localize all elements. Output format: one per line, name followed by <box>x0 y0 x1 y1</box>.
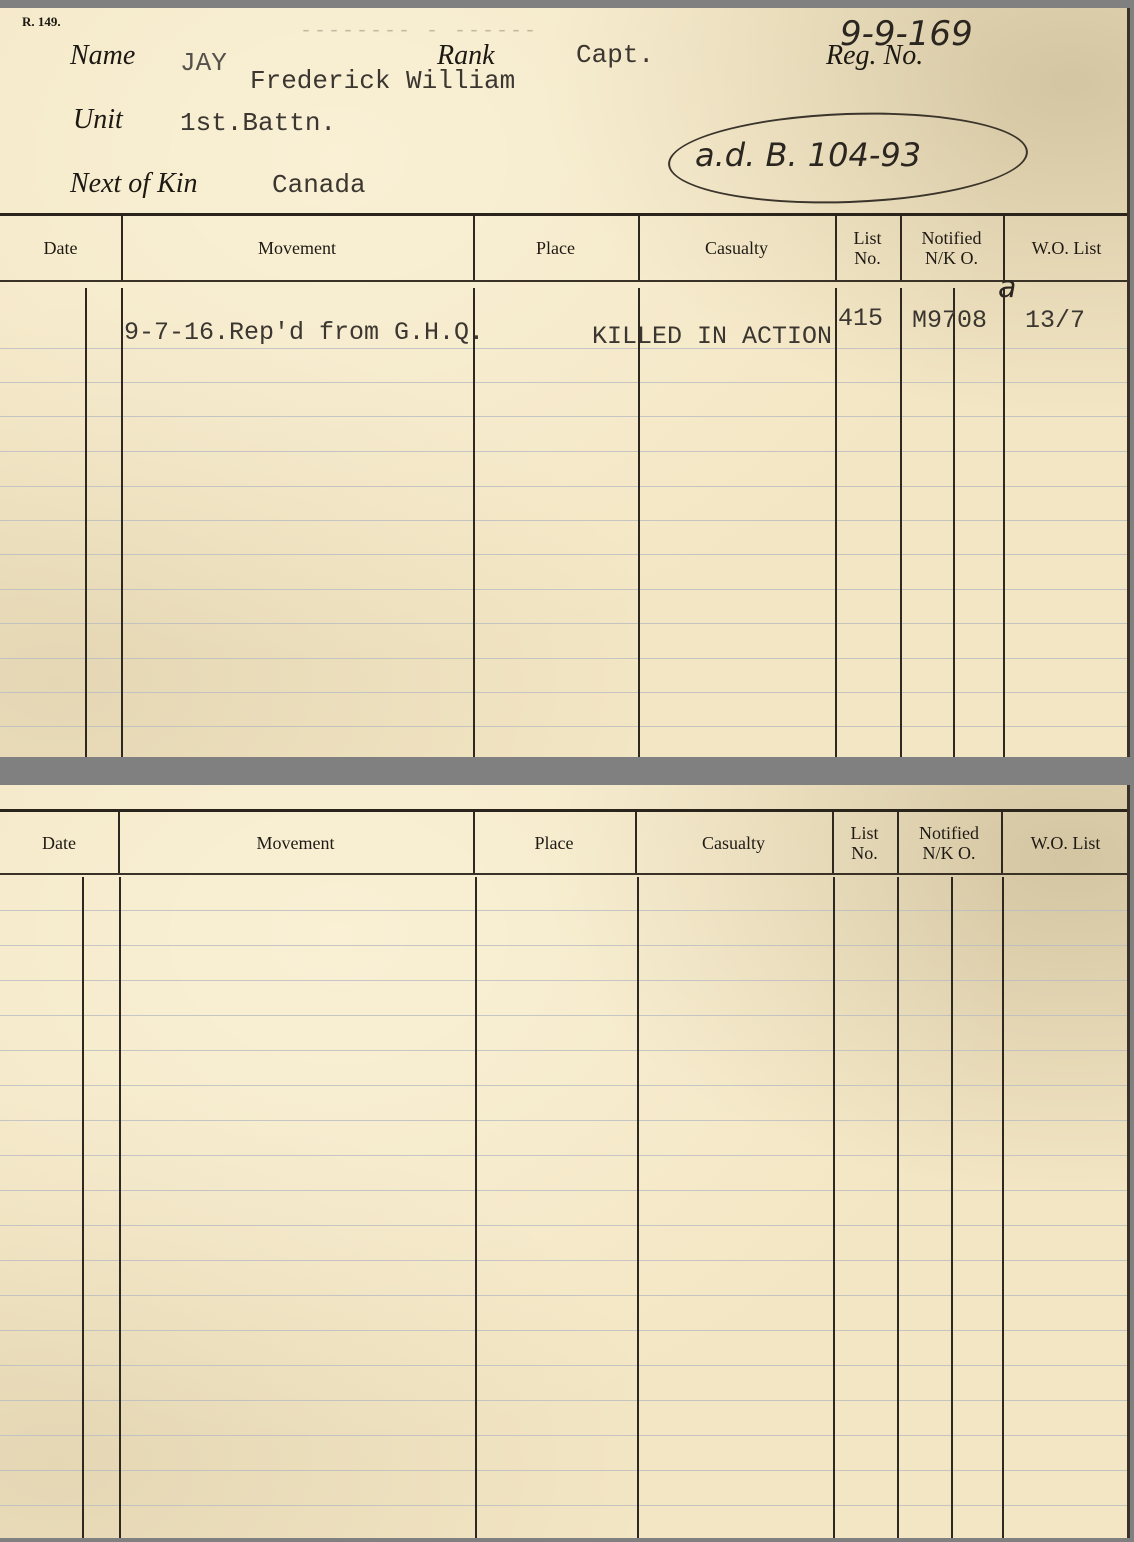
column-divider <box>473 288 475 757</box>
column-divider <box>1002 877 1004 1538</box>
header-divider <box>638 216 640 280</box>
header-divider <box>897 812 899 873</box>
col-header-place: Place <box>473 216 638 280</box>
name-label: Name <box>70 40 135 72</box>
column-divider <box>637 877 639 1538</box>
col-header-list-no: List No. <box>835 216 900 280</box>
column-divider <box>897 877 899 1538</box>
column-divider <box>82 877 84 1538</box>
col-header-notified: Notified N/K O. <box>897 812 1001 873</box>
list-no-line1: List <box>850 823 878 843</box>
col-header-place: Place <box>473 812 635 873</box>
header-divider <box>1001 812 1003 873</box>
row-wo-list: 13/7 <box>1025 306 1085 335</box>
next-of-kin-label: Next of Kin <box>70 168 198 200</box>
col-header-wo-list: W.O. List <box>1001 812 1130 873</box>
handwritten-top-note: 9-9-169 <box>840 14 973 54</box>
header-divider <box>118 812 120 873</box>
notified-line2: N/K O. <box>923 843 976 863</box>
column-divider <box>953 288 955 757</box>
column-divider <box>119 877 121 1538</box>
notified-line2: N/K O. <box>925 248 978 268</box>
header-divider <box>473 812 475 873</box>
header-divider <box>900 216 902 280</box>
column-divider <box>121 288 123 757</box>
col-header-notified: Notified N/K O. <box>900 216 1003 280</box>
header-rule-bottom <box>0 873 1127 875</box>
col-header-casualty: Casualty <box>638 216 835 280</box>
column-divider <box>85 288 87 757</box>
col-header-movement: Movement <box>121 216 473 280</box>
column-divider <box>833 877 835 1538</box>
col-header-date: Date <box>0 812 118 873</box>
list-no-line1: List <box>853 228 881 248</box>
circled-reference: a.d. B. 104-93 <box>695 136 921 174</box>
column-divider <box>1003 288 1005 757</box>
unit-label: Unit <box>73 104 123 136</box>
list-no-line2: No. <box>854 248 881 268</box>
header-rule-bottom <box>0 280 1127 282</box>
header-divider <box>635 812 637 873</box>
column-divider <box>835 288 837 757</box>
column-divider <box>951 877 953 1538</box>
header-divider <box>832 812 834 873</box>
notified-line1: Notified <box>922 228 982 248</box>
column-divider <box>638 288 640 757</box>
column-divider <box>900 288 902 757</box>
header-divider <box>121 216 123 280</box>
col-header-date: Date <box>0 216 121 280</box>
col-header-movement: Movement <box>118 812 473 873</box>
row-notified: M9708 <box>912 306 987 335</box>
header-divider <box>835 216 837 280</box>
faded-strikeout-text: -------- - ------ <box>300 20 538 43</box>
record-card-back: Date Movement Place Casualty List No. No… <box>0 785 1130 1538</box>
column-divider <box>475 877 477 1538</box>
name-surname: JAY <box>180 48 227 78</box>
list-no-line2: No. <box>851 843 878 863</box>
row-list-no: 415 <box>838 304 883 333</box>
col-header-list-no: List No. <box>832 812 897 873</box>
notified-line1: Notified <box>919 823 979 843</box>
col-header-casualty: Casualty <box>635 812 832 873</box>
rank-value: Capt. <box>576 40 654 70</box>
row-casualty: KILLED IN ACTION <box>592 322 832 351</box>
col-header-wo-list: W.O. List <box>1003 216 1130 280</box>
row-movement: 9-7-16.Rep'd from G.H.Q. <box>124 318 484 347</box>
unit-value: 1st.Battn. <box>180 108 336 138</box>
wo-list-handwritten-mark: a <box>998 270 1016 305</box>
rank-label: Rank <box>437 40 495 72</box>
header-divider <box>473 216 475 280</box>
next-of-kin-value: Canada <box>272 170 366 200</box>
form-number: R. 149. <box>22 14 61 30</box>
record-card-front: R. 149. -------- - ------ Name JAY Frede… <box>0 8 1130 757</box>
